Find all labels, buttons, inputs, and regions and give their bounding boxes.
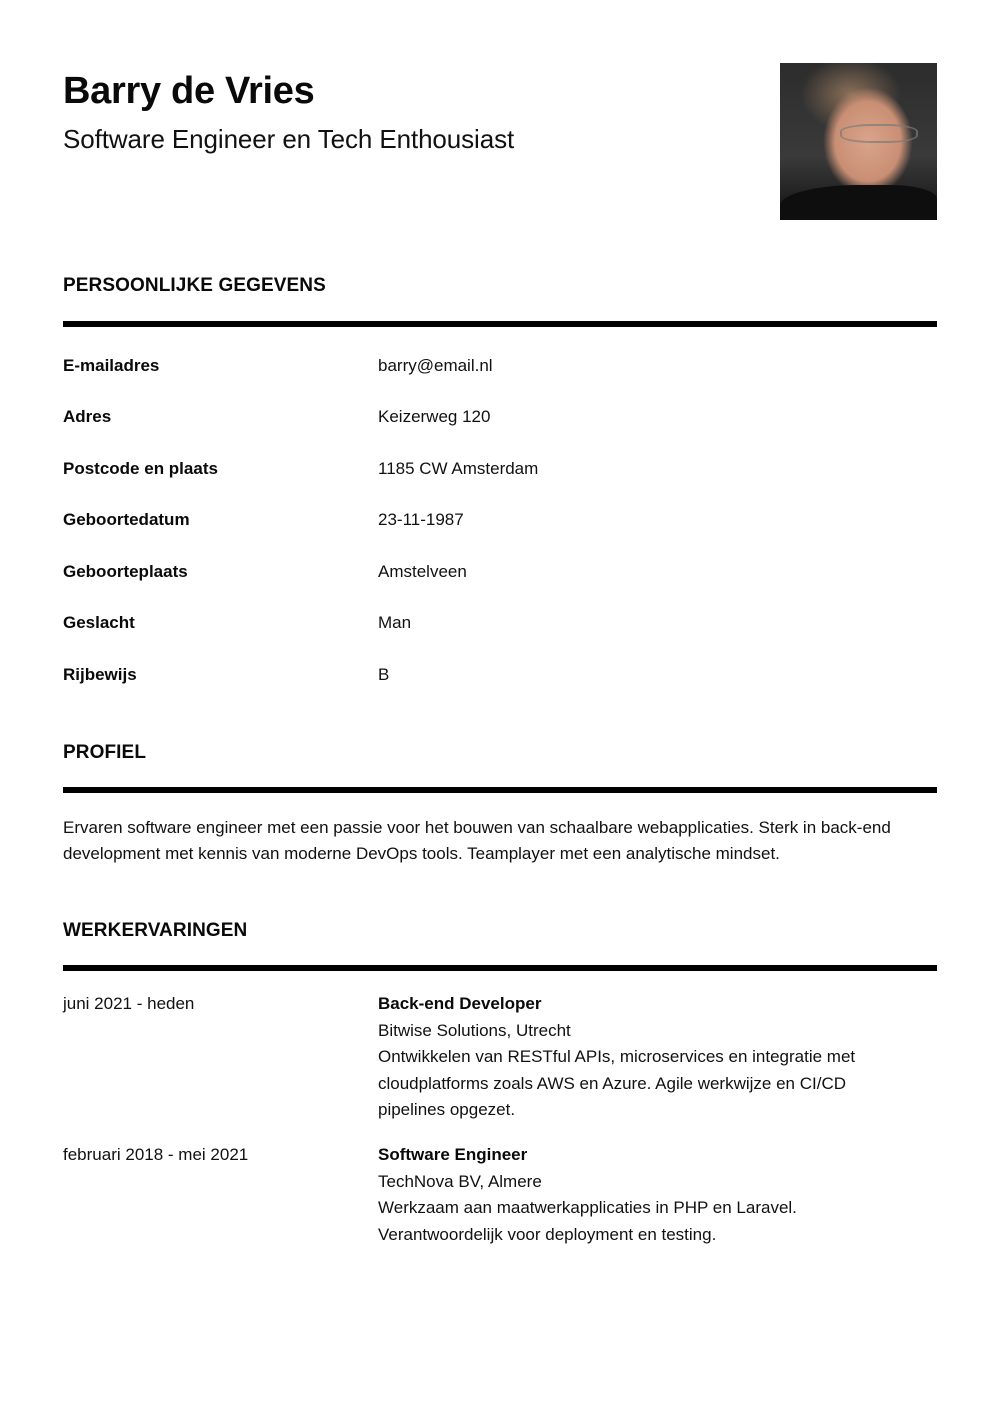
section-personal-details: PERSOONLIJKE GEGEVENS [63, 275, 937, 327]
personal-label: Adres [63, 406, 111, 428]
profile-summary: Ervaren software engineer met een passie… [63, 815, 937, 867]
personal-label: E-mailadres [63, 355, 159, 377]
job-period: februari 2018 - mei 2021 [63, 1142, 248, 1169]
personal-value: Amstelveen [378, 561, 467, 583]
photo-shirt-detail [780, 185, 937, 220]
personal-value: 23-11-1987 [378, 509, 464, 531]
personal-value: Man [378, 612, 411, 634]
personal-label: Geboortedatum [63, 509, 190, 531]
personal-value: barry@email.nl [378, 355, 493, 377]
job-description: Werkzaam aan maatwerkapplicaties in PHP … [378, 1195, 898, 1248]
section-divider [63, 965, 937, 971]
personal-label: Postcode en plaats [63, 458, 218, 480]
section-divider [63, 787, 937, 793]
section-title-profile: PROFIEL [63, 742, 937, 764]
job-detail: Software Engineer TechNova BV, Almere We… [378, 1142, 898, 1248]
section-divider [63, 321, 937, 327]
personal-label: Geslacht [63, 612, 135, 634]
cv-page: Barry de Vries Software Engineer en Tech… [63, 0, 937, 220]
person-subtitle: Software Engineer en Tech Enthousiast [63, 124, 514, 155]
photo-glasses-detail [840, 124, 919, 143]
person-name: Barry de Vries [63, 70, 314, 113]
personal-value: Keizerweg 120 [378, 406, 490, 428]
job-company: Bitwise Solutions, Utrecht [378, 1018, 898, 1045]
job-role: Back-end Developer [378, 991, 898, 1018]
cv-header: Barry de Vries Software Engineer en Tech… [63, 0, 937, 220]
profile-photo [780, 63, 937, 220]
section-profile: PROFIEL Ervaren software engineer met ee… [63, 742, 937, 867]
personal-label: Geboorteplaats [63, 561, 188, 583]
job-company: TechNova BV, Almere [378, 1169, 898, 1196]
section-work-experience: WERKERVARINGEN [63, 920, 937, 971]
personal-label: Rijbewijs [63, 664, 137, 686]
personal-value: B [378, 664, 389, 686]
job-detail: Back-end Developer Bitwise Solutions, Ut… [378, 991, 898, 1124]
section-title-personal: PERSOONLIJKE GEGEVENS [63, 275, 937, 297]
job-description: Ontwikkelen van RESTful APIs, microservi… [378, 1044, 898, 1124]
personal-value: 1185 CW Amsterdam [378, 458, 538, 480]
job-role: Software Engineer [378, 1142, 898, 1169]
job-period: juni 2021 - heden [63, 991, 194, 1018]
section-title-work: WERKERVARINGEN [63, 920, 937, 942]
